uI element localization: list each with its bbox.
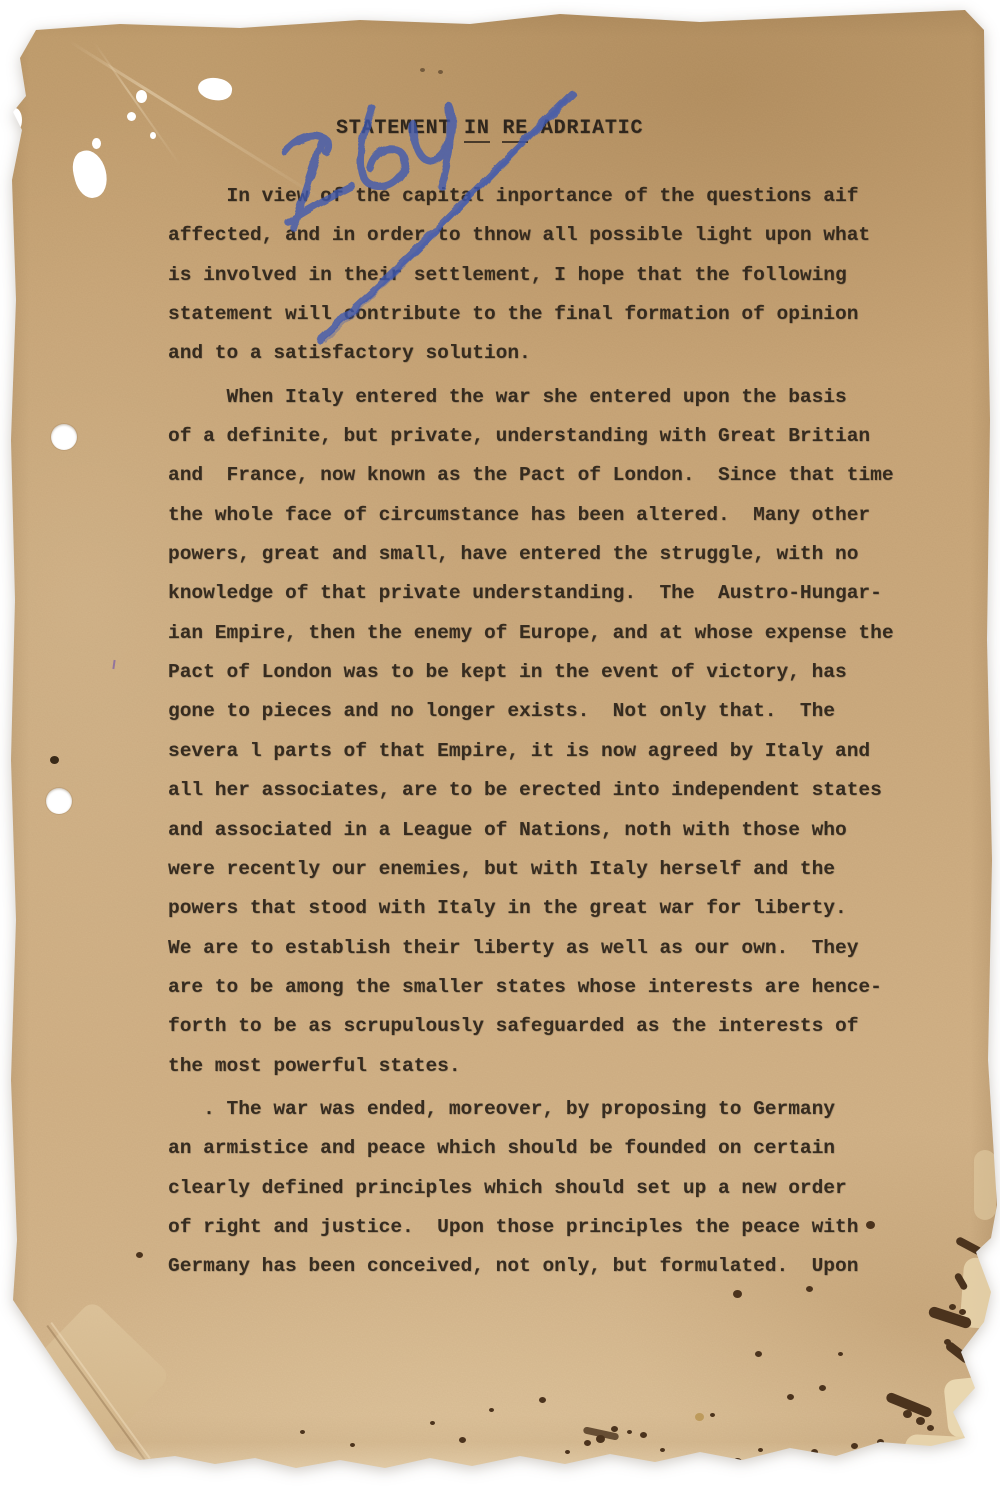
typewritten-line: the most powerful states. bbox=[168, 1047, 958, 1086]
typewritten-line: and France, now known as the Pact of Lon… bbox=[168, 456, 958, 495]
title-text: STATEMENT bbox=[336, 117, 464, 140]
typewritten-line: gone to pieces and no longer exists. Not… bbox=[168, 692, 958, 731]
ink-smear bbox=[900, 1449, 956, 1465]
ink-smear bbox=[944, 1340, 972, 1364]
typewritten-line: forth to be as scrupulously safeguarded … bbox=[168, 1007, 958, 1046]
title-text: ADRIATIC bbox=[528, 117, 643, 140]
edge-chip bbox=[943, 1376, 997, 1439]
typewritten-line: clearly defined principles which should … bbox=[168, 1169, 958, 1208]
title-text bbox=[490, 117, 503, 140]
typewritten-line: knowledge of that private understanding.… bbox=[168, 574, 958, 613]
typewritten-text: In view of the capital inportance of the… bbox=[168, 177, 958, 1287]
title-underlined-word: IN bbox=[464, 117, 490, 143]
typewritten-line: ian Empire, then the enemy of Europe, an… bbox=[168, 614, 958, 653]
edge-chip bbox=[974, 1150, 996, 1220]
typewritten-line: powers that stood with Italy in the grea… bbox=[168, 889, 958, 928]
paper-shadow: STATEMENT IN RE ADRIATIC In view of the … bbox=[0, 0, 1000, 1489]
title-underlined-word: RE bbox=[502, 117, 528, 143]
punch-hole-bottom bbox=[46, 788, 72, 814]
typewritten-line: were recently our enemies, but with Ital… bbox=[168, 850, 958, 889]
typewritten-line: Germany has been conceived, not only, bu… bbox=[168, 1247, 958, 1286]
typewritten-line: When Italy entered the war she entered u… bbox=[168, 378, 958, 417]
typewritten-line: statement will contribute to the final f… bbox=[168, 295, 958, 334]
scan-background: STATEMENT IN RE ADRIATIC In view of the … bbox=[0, 0, 1000, 1489]
typewritten-line: is involved in their settlement, I hope … bbox=[168, 256, 958, 295]
tear-hole bbox=[69, 147, 112, 201]
typewritten-line: are to be among the smaller states whose… bbox=[168, 968, 958, 1007]
typewritten-paragraph: In view of the capital inportance of the… bbox=[168, 177, 958, 374]
edge-chip bbox=[904, 1434, 987, 1466]
typewritten-line: In view of the capital inportance of the… bbox=[168, 177, 958, 216]
tear-hole bbox=[127, 112, 136, 121]
annotation-digit-7 bbox=[285, 135, 328, 152]
typewritten-line: severa l parts of that Empire, it is now… bbox=[168, 732, 958, 771]
typewritten-line: powers, great and small, have entered th… bbox=[168, 535, 958, 574]
typewritten-paragraph: When Italy entered the war she entered u… bbox=[168, 378, 958, 1086]
tear-hole bbox=[8, 108, 22, 132]
ink-smear bbox=[583, 1426, 620, 1440]
typewritten-line: of right and justice. Upon those princip… bbox=[168, 1208, 958, 1247]
handwritten-number-text: 764 bbox=[0, 0, 1, 1]
ink-stains bbox=[0, 0, 5, 4]
typewritten-line: and associated in a League of Nations, n… bbox=[168, 811, 958, 850]
ink-smear bbox=[955, 1236, 983, 1256]
typewritten-line: an armistice and peace which should be f… bbox=[168, 1129, 958, 1168]
punch-hole-top bbox=[51, 424, 77, 450]
tear-hole bbox=[136, 90, 147, 103]
pencil-tick bbox=[112, 660, 115, 669]
bottom-edge-light bbox=[100, 1442, 960, 1468]
typewritten-paragraph: . The war was ended, moreover, by propos… bbox=[168, 1090, 958, 1287]
typewritten-line: We are to establish their liberty as wel… bbox=[168, 929, 958, 968]
typewritten-line: all her associates, are to be erected in… bbox=[168, 771, 958, 810]
typewritten-line: . The war was ended, moreover, by propos… bbox=[168, 1090, 958, 1129]
page-title: STATEMENT IN RE ADRIATIC bbox=[336, 116, 643, 142]
tear-hole bbox=[150, 132, 156, 139]
paper: STATEMENT IN RE ADRIATIC In view of the … bbox=[0, 0, 1000, 1489]
tear-hole bbox=[92, 138, 101, 149]
tear-hole bbox=[196, 75, 233, 103]
typewritten-line: of a definite, but private, understandin… bbox=[168, 417, 958, 456]
typewritten-line: and to a satisfactory solution. bbox=[168, 334, 958, 373]
typewritten-line: the whole face of circumstance has been … bbox=[168, 496, 958, 535]
ink-smear bbox=[885, 1391, 933, 1418]
typewritten-line: affected, and in order to thnow all poss… bbox=[168, 216, 958, 255]
typewritten-line: Pact of London was to be kept in the eve… bbox=[168, 653, 958, 692]
crease-line bbox=[93, 42, 181, 166]
